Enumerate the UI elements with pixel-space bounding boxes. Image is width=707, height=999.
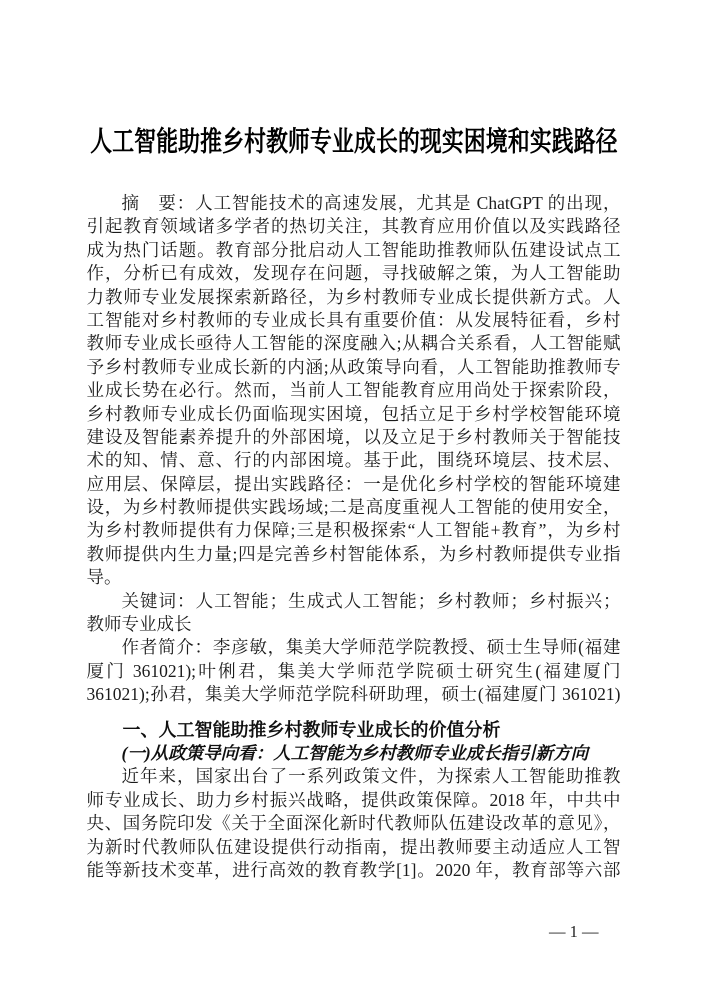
keywords-line: 关键词：人工智能；生成式人工智能；乡村教师；乡村振兴；: [87, 590, 621, 613]
body-line: 央、国务院印发《关于全面深化新时代教师队伍建设改革的意见》，: [87, 812, 621, 835]
authors-line: 作者简介：李彦敏，集美大学师范学院教授、硕士生导师(福建: [87, 636, 621, 659]
subsection-heading: (一)从政策导向看：人工智能为乡村教师专业成长指引新方向: [87, 742, 621, 765]
abstract-line: 建设及智能素养提升的外部困境，以及立足于乡村教师关于智能技: [87, 426, 621, 449]
page-content: 人工智能助推乡村教师专业成长的现实困境和实践路径 摘 要：人工智能技术的高速发展…: [87, 128, 621, 942]
abstract-line: 应用层、保障层，提出实践路径：一是优化乡村学校的智能环境建: [87, 473, 621, 496]
page-number: — 1 —: [87, 922, 621, 942]
body-line: 能等新技术变革，进行高效的教育教学[1]。2020 年，教育部等六部: [87, 859, 621, 882]
abstract-line: 教师专业成长亟待人工智能的深度融入;从耦合关系看，人工智能赋: [87, 332, 621, 355]
paper-title: 人工智能助推乡村教师专业成长的现实困境和实践路径: [89, 124, 618, 161]
body-line: 师专业成长、助力乡村振兴战略，提供政策保障。2018 年，中共中: [87, 789, 621, 812]
abstract-line: 作，分析已有成效，发现存在问题，寻找破解之策，为人工智能助: [87, 262, 621, 285]
authors-line: 361021);孙君，集美大学师范学院科研助理，硕士(福建厦门 361021): [87, 683, 621, 706]
abstract-line: 引起教育领域诸多学者的热切关注，其教育应用价值以及实践路径: [87, 215, 621, 238]
body-line: 为新时代教师队伍建设提供行动指南，提出教师要主动适应人工智: [87, 836, 621, 859]
keywords-section: 关键词：人工智能；生成式人工智能；乡村教师；乡村振兴； 教师专业成长: [87, 590, 621, 637]
abstract-line: 摘 要：人工智能技术的高速发展，尤其是 ChatGPT 的出现，: [87, 192, 621, 215]
abstract-line: 成为热门话题。教育部分批启动人工智能助推教师队伍建设试点工: [87, 239, 621, 262]
authors-section: 作者简介：李彦敏，集美大学师范学院教授、硕士生导师(福建 厦门 361021);…: [87, 636, 621, 706]
body-section: 近年来，国家出台了一系列政策文件，为探索人工智能助推教 师专业成长、助力乡村振兴…: [87, 765, 621, 882]
abstract-section: 摘 要：人工智能技术的高速发展，尤其是 ChatGPT 的出现， 引起教育领域诸…: [87, 192, 621, 590]
section-heading: 一、人工智能助推乡村教师专业成长的价值分析: [87, 719, 621, 742]
keywords-line: 教师专业成长: [87, 613, 621, 636]
abstract-line: 导。: [87, 566, 621, 589]
abstract-line: 术的知、情、意、行的内部困境。基于此，围绕环境层、技术层、: [87, 449, 621, 472]
abstract-line: 乡村教师专业成长仍面临现实困境，包括立足于乡村学校智能环境: [87, 403, 621, 426]
abstract-line: 予乡村教师专业成长新的内涵;从政策导向看，人工智能助推教师专: [87, 356, 621, 379]
body-line: 近年来，国家出台了一系列政策文件，为探索人工智能助推教: [87, 765, 621, 788]
abstract-line: 力教师专业发展探索新路径，为乡村教师专业成长提供新方式。人: [87, 286, 621, 309]
abstract-line: 设，为乡村教师提供实践场域;二是高度重视人工智能的使用安全，: [87, 496, 621, 519]
paper-page: 人工智能助推乡村教师专业成长的现实困境和实践路径 摘 要：人工智能技术的高速发展…: [0, 0, 707, 999]
abstract-line: 业成长势在必行。然而，当前人工智能教育应用尚处于探索阶段，: [87, 379, 621, 402]
authors-line: 厦门 361021);叶俐君，集美大学师范学院硕士研究生(福建厦门: [87, 660, 621, 683]
abstract-line: 工智能对乡村教师的专业成长具有重要价值：从发展特征看，乡村: [87, 309, 621, 332]
abstract-line: 为乡村教师提供有力保障;三是积极探索“人工智能+教育”，为乡村: [87, 519, 621, 542]
abstract-line: 教师提供内生力量;四是完善乡村智能体系，为乡村教师提供专业指: [87, 543, 621, 566]
